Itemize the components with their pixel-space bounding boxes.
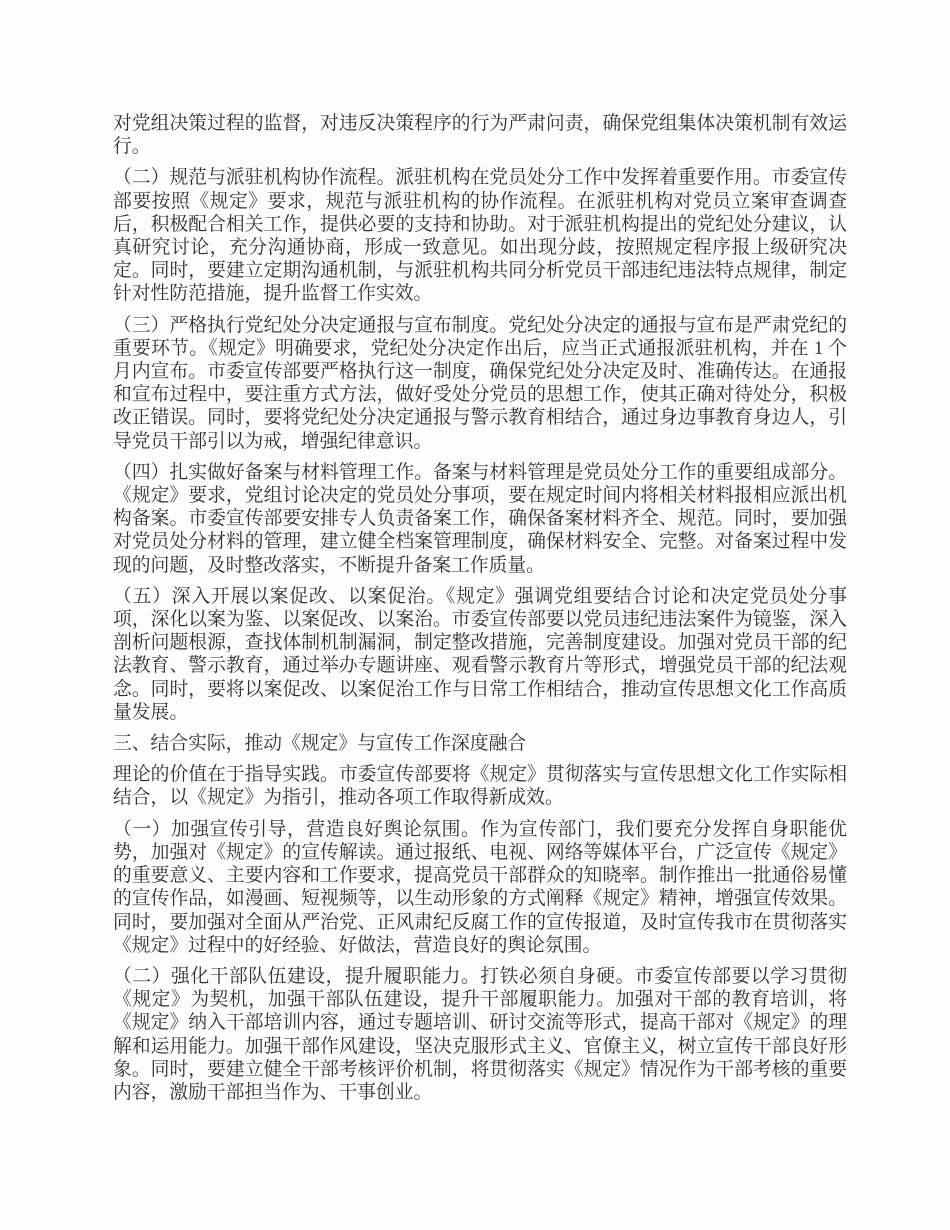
paragraph: 理论的价值在于指导实践。市委宣传部要将《规定》贯彻落实与宣传思想文化工作实际相结… (113, 763, 847, 809)
paragraph: （二）强化干部队伍建设，提升履职能力。打铁必须自身硬。市委宣传部要以学习贯彻《规… (113, 965, 847, 1104)
paragraph: 对党组决策过程的监督，对违反决策程序的行为严肃问责，确保党组集体决策机制有效运行… (113, 112, 847, 158)
paragraph: （二）规范与派驻机构协作流程。派驻机构在党员处分工作中发挥着重要作用。市委宣传部… (113, 166, 847, 305)
paragraph: （一）加强宣传引导，营造良好舆论氛围。作为宣传部门，我们要充分发挥自身职能优势，… (113, 818, 847, 957)
section-heading: 三、结合实际，推动《规定》与宣传工作深度融合 (113, 732, 847, 755)
document-page: 对党组决策过程的监督，对违反决策程序的行为严肃问责，确保党组集体决策机制有效运行… (0, 0, 950, 1230)
paragraph: （五）深入开展以案促改、以案促治。《规定》强调党组要结合讨论和决定党员处分事项，… (113, 585, 847, 724)
paragraph: （四）扎实做好备案与材料管理工作。备案与材料管理是党员处分工作的重要组成部分。《… (113, 461, 847, 577)
paragraph: （三）严格执行党纪处分决定通报与宣布制度。党纪处分决定的通报与宣布是严肃党纪的重… (113, 314, 847, 453)
